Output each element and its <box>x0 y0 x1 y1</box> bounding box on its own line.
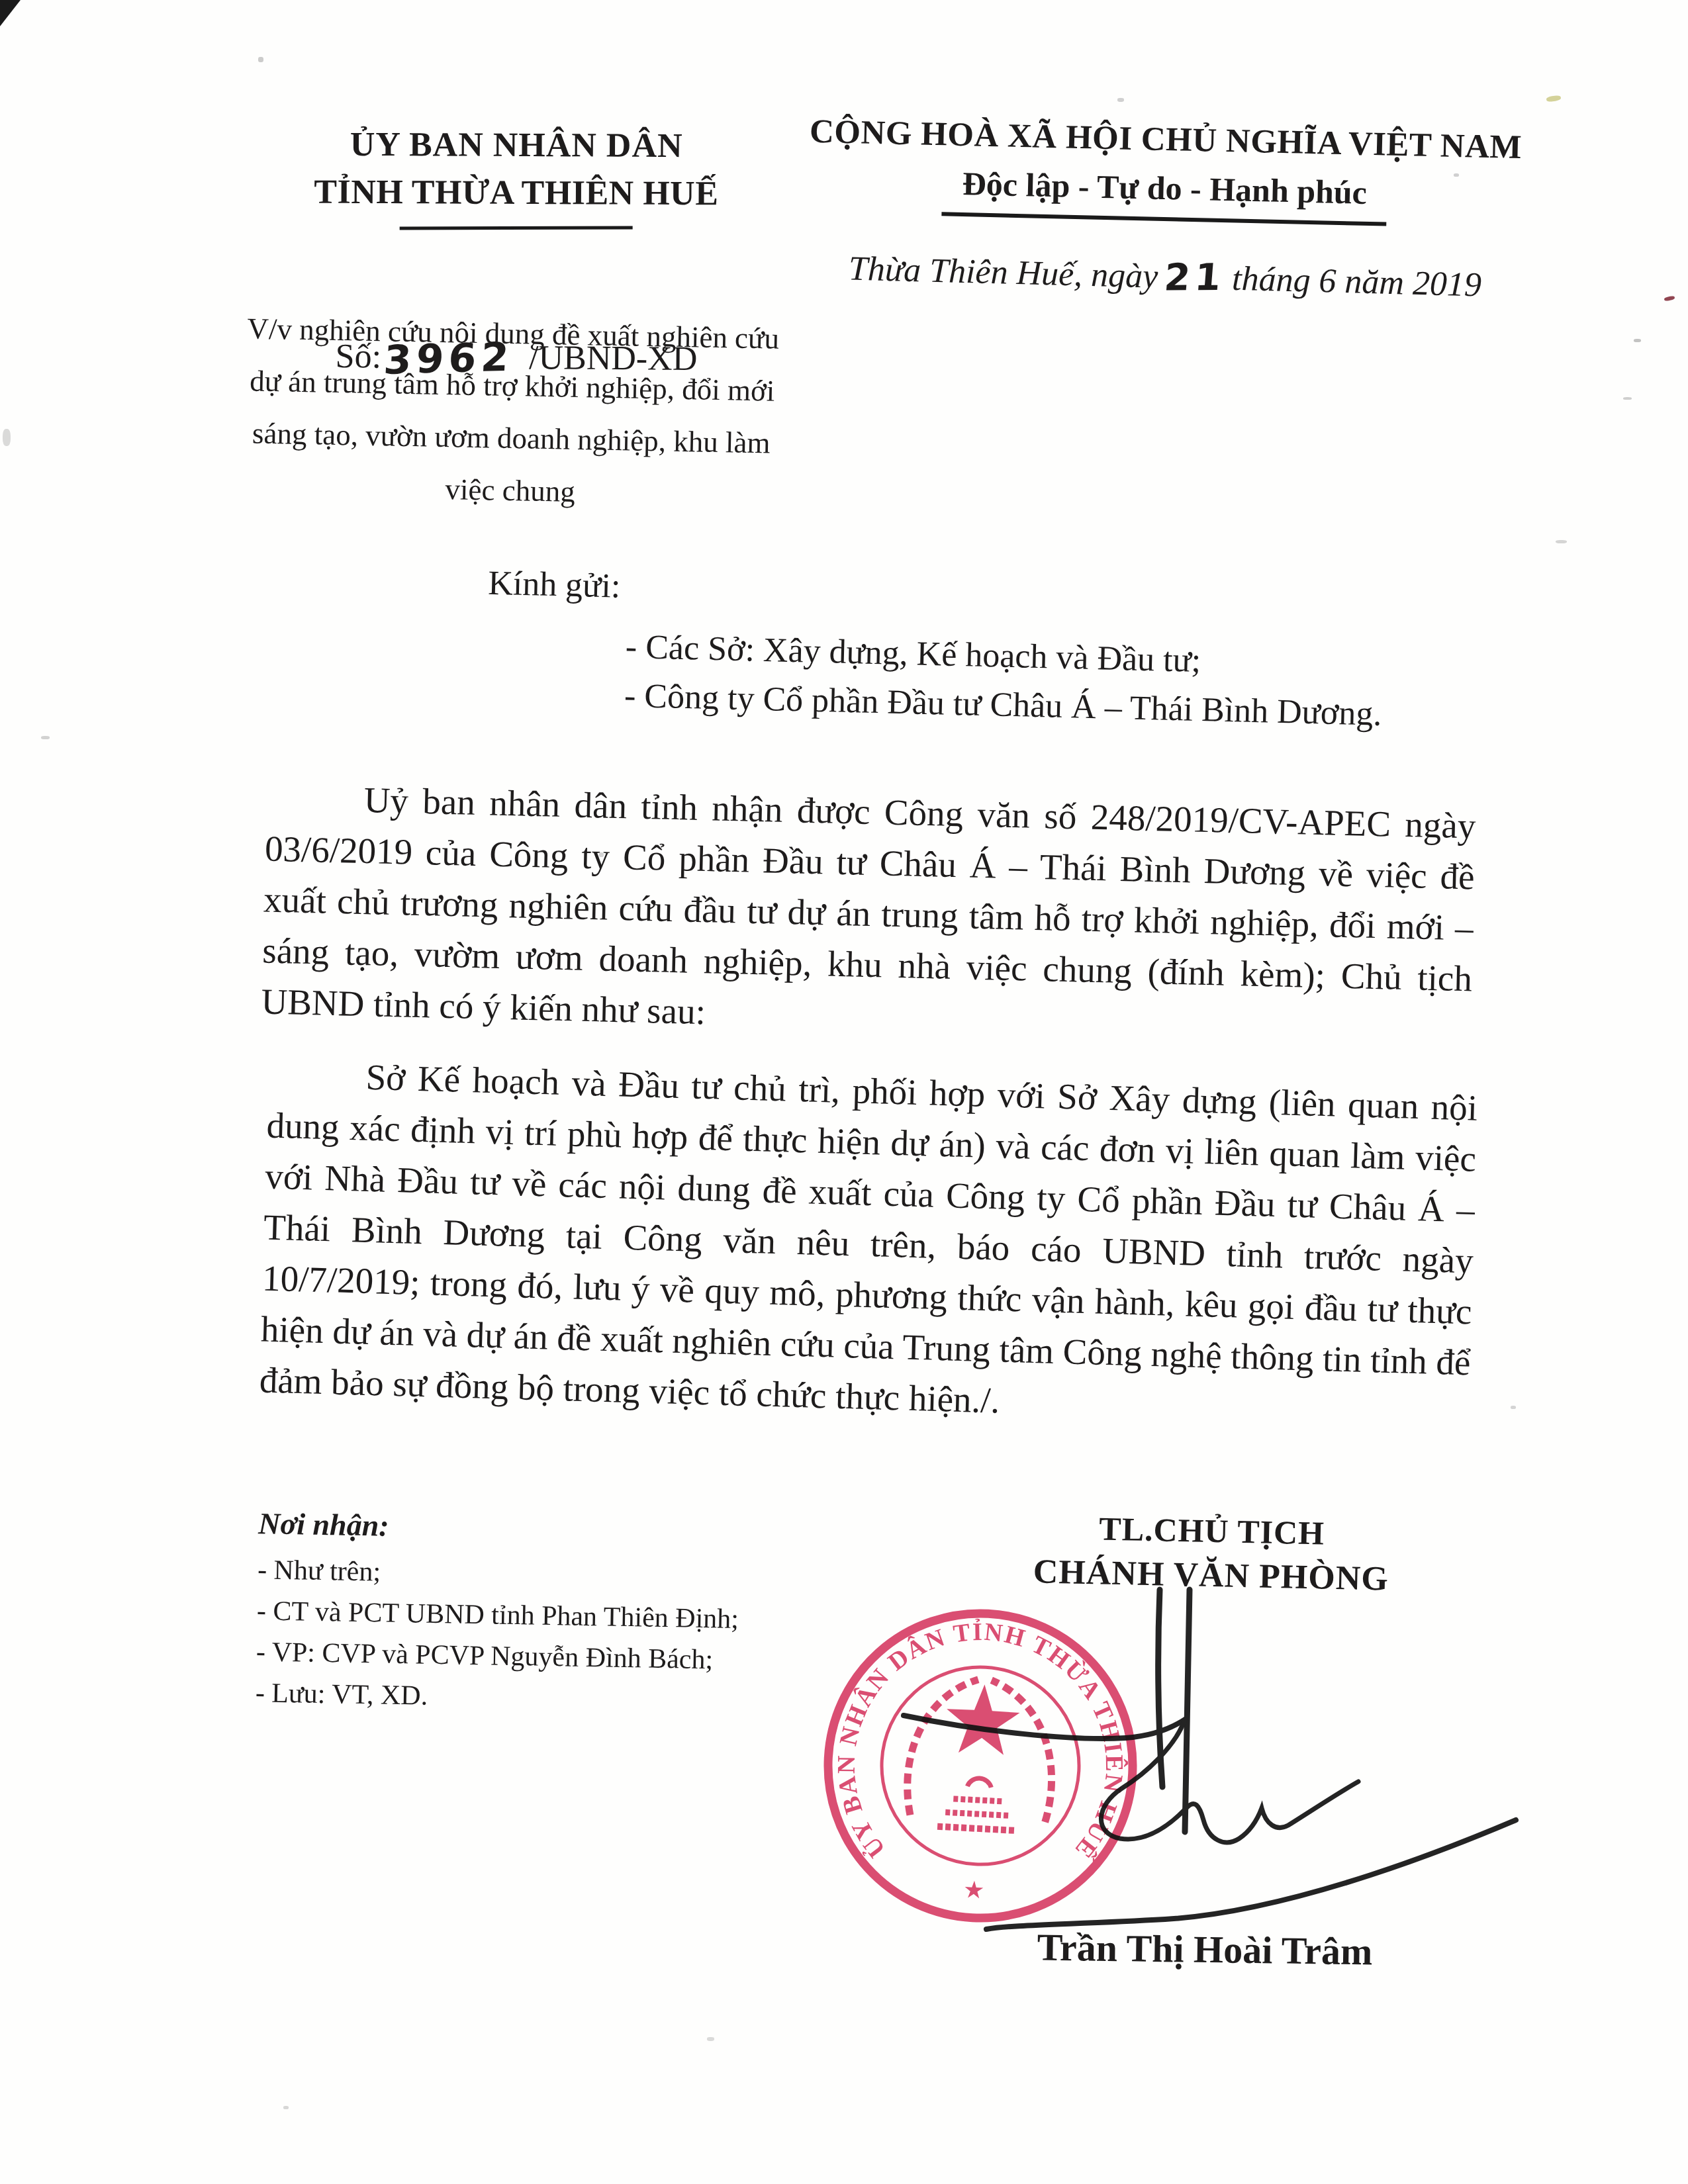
header-national: CỘNG HOÀ XÃ HỘI CHỦ NGHĨA VIỆT NAM Độc l… <box>767 110 1563 230</box>
scan-speck <box>1546 95 1562 103</box>
body-paragraph-1: Uỷ ban nhân dân tỉnh nhận được Công văn … <box>261 772 1477 1056</box>
salutation-label: Kính gửi: <box>488 563 1481 629</box>
scan-speck <box>283 2106 289 2109</box>
scan-speck <box>3 429 11 446</box>
org-name-line2: TỈNH THỪA THIÊN HUẾ <box>285 171 748 215</box>
scan-corner-artifact <box>0 0 28 40</box>
scan-speck <box>707 2037 714 2041</box>
motto-underline <box>941 212 1386 226</box>
signature-ink-icon <box>794 1575 1622 1985</box>
national-motto-line1: CỘNG HOÀ XÃ HỘI CHỦ NGHĨA VIỆT NAM <box>768 110 1563 169</box>
document-page: ỦY BAN NHÂN DÂN TỈNH THỪA THIÊN HUẾ Số:3… <box>0 0 1688 2184</box>
date-suffix: tháng 6 năm 2019 <box>1231 260 1481 304</box>
scan-speck <box>1664 295 1675 301</box>
salutation-block: Kính gửi: - Các Sở: Xây dựng, Kế hoạch v… <box>485 563 1481 742</box>
org-name-line1: ỦY BAN NHÂN DÂN <box>285 123 748 167</box>
place-date-line: Thừa Thiên Huế, ngày21tháng 6 năm 2019 <box>767 245 1562 308</box>
scan-speck <box>41 736 50 739</box>
scan-speck <box>1634 339 1641 342</box>
distribution-label: Nơi nhận: <box>258 1504 921 1554</box>
date-day-handwritten: 21 <box>1163 256 1227 300</box>
scan-speck <box>1556 540 1567 543</box>
scan-speck <box>1511 1406 1516 1409</box>
national-motto-line2: Độc lập - Tự do - Hạnh phúc <box>767 159 1562 216</box>
body-paragraph-2: Sở Kế hoạch và Đầu tư chủ trì, phối hợp … <box>259 1049 1478 1439</box>
date-prefix: Thừa Thiên Huế, ngày <box>848 250 1158 295</box>
scan-speck <box>1117 98 1124 102</box>
header-issuing-org: ỦY BAN NHÂN DÂN TỈNH THỪA THIÊN HUẾ <box>285 123 749 230</box>
document-subject: V/v nghiên cứu nội dung đề xuất nghiên c… <box>175 301 848 523</box>
signer-name: Trần Thị Hoài Trâm <box>986 1924 1424 1974</box>
scan-speck <box>1623 397 1632 400</box>
signer-title-line1: TL.CHỦ TỊCH <box>993 1506 1430 1556</box>
org-underline <box>400 226 633 230</box>
scan-speck <box>258 57 263 62</box>
